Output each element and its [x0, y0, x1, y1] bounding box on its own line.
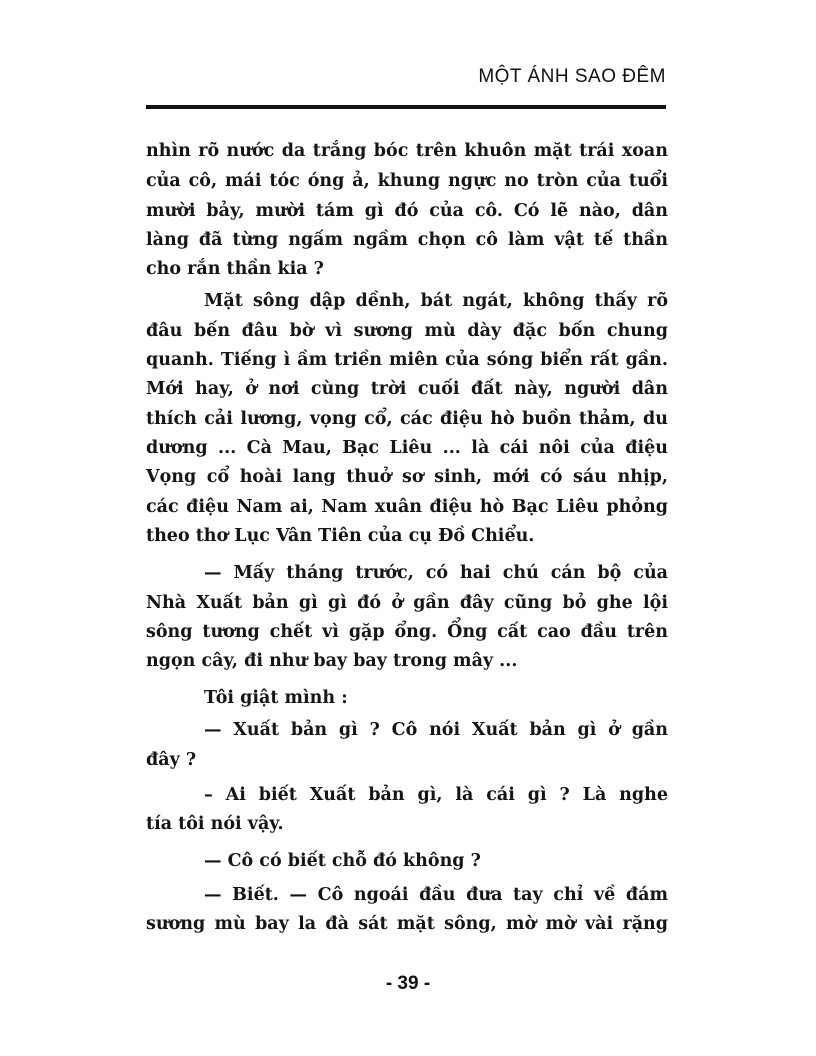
text-line: đây ?	[146, 749, 668, 771]
text-line: ngọn cây, đi như bay bay trong mây ...	[146, 650, 668, 672]
text-line: Vọng cổ hoài lang thuở sơ sinh, mới có s…	[146, 466, 668, 488]
text-line: — Mấy tháng trước, có hai chú cán bộ của	[204, 562, 668, 584]
text-line: Mặt sông dập dềnh, bát ngát, không thấy …	[204, 290, 668, 312]
text-line: Nhà Xuất bản gì gì đó ở gần đây cũng bỏ …	[146, 592, 668, 614]
text-line: – Ai biết Xuất bản gì, là cái gì ? Là ng…	[204, 784, 668, 806]
text-line: của cô, mái tóc óng ả, khung ngực no trò…	[146, 170, 668, 192]
text-line: — Cô có biết chỗ đó không ?	[204, 850, 668, 872]
text-line: mười bảy, mười tám gì đó của cô. Có lẽ n…	[146, 200, 668, 222]
text-line: dương ... Cà Mau, Bạc Liêu ... là cái nô…	[146, 437, 668, 459]
header-rule	[146, 105, 666, 109]
text-line: cho rắn thần kia ?	[146, 258, 668, 280]
text-line: Tôi giật mình :	[204, 687, 668, 709]
text-line: quanh. Tiếng ì ầm triền miên của sóng bi…	[146, 349, 668, 371]
text-line: sương mù bay la đà sát mặt sông, mờ mờ v…	[146, 913, 668, 935]
text-line: đâu bến đâu bờ vì sương mù dày đặc bốn c…	[146, 320, 668, 342]
text-line: các điệu Nam ai, Nam xuân điệu hò Bạc Li…	[146, 496, 668, 518]
text-line: thích cải lương, vọng cổ, các điệu hò bu…	[146, 408, 668, 430]
running-title: MỘT ÁNH SAO ĐÊM	[478, 66, 666, 88]
text-line: — Xuất bản gì ? Cô nói Xuất bản gì ở gần	[204, 719, 668, 741]
page-number: - 39 -	[0, 973, 816, 995]
book-page: MỘT ÁNH SAO ĐÊM nhìn rõ nước da trắng bó…	[0, 0, 816, 1056]
text-line: — Biết. — Cô ngoái đầu đưa tay chỉ về đá…	[204, 884, 668, 906]
text-line: Mới hay, ở nơi cùng trời cuối đất này, n…	[146, 378, 668, 400]
text-line: theo thơ Lục Vân Tiên của cụ Đồ Chiểu.	[146, 525, 668, 547]
text-line: sông tương chết vì gặp ổng. Ổng cất cao …	[146, 621, 668, 643]
text-line: tía tôi nói vậy.	[146, 813, 668, 835]
text-line: nhìn rõ nước da trắng bóc trên khuôn mặt…	[146, 140, 668, 162]
text-line: làng đã từng ngấm ngầm chọn cô làm vật t…	[146, 229, 668, 251]
